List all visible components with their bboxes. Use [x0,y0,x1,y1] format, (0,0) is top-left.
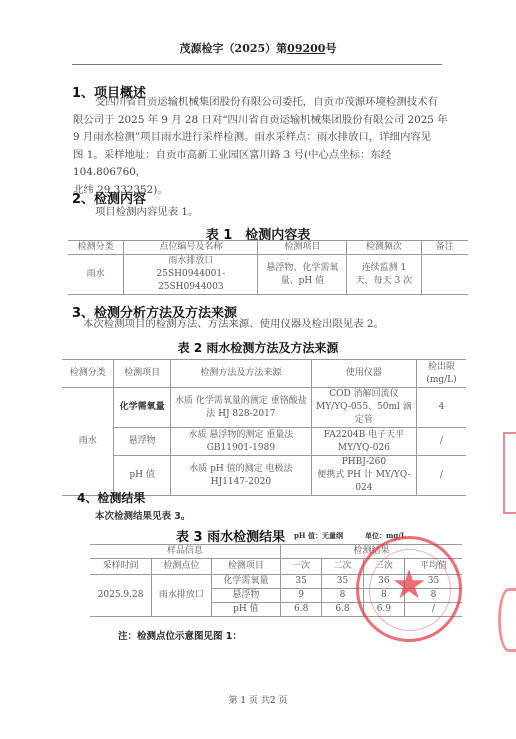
table-row: 雨水 化学需氧量 水质 化学需氧量的测定 重铬酸盐法 HJ 828-2017 C… [62,388,466,428]
item-cell: 化学需氧量 [211,575,280,589]
value-cell: 35 [280,575,321,589]
table-header: 二次 [322,559,363,575]
report-number-suffix: 号 [325,42,336,55]
method-line: 水质 化学需氧量的测定 重铬酸盐 [173,395,309,408]
table-header: 检测方法及方法来源 [170,360,311,388]
limit-header: 检出限 [419,361,464,374]
instrument-line: FA2204B 电子天平 [314,429,414,442]
frequency-cell: 连续监测 1 天，每天 3 次 [347,255,421,295]
point-cell: 雨水排放口 [152,575,212,617]
section-4-intro: 本次检测结果见表 3。 [95,508,190,526]
section-4-title: 4、检测结果 [77,489,145,506]
limit-cell: / [416,428,466,456]
item-cell: 化学需氧量 [114,388,170,428]
instrument-line: COD 消解回流仪 [314,388,414,401]
method-cell: 水质 pH 值的测定 电极法HJ1147-2020 [170,456,311,496]
table-header: 检测项目 [114,360,170,388]
value-cell: 9 [280,589,321,603]
table-header: 检测点位 [152,559,212,575]
table-header: 检测分类 [62,360,114,388]
section-3-intro: 本次检测项目的检测方法、方法来源、使用仪器及检出限见表 2。 [83,316,384,334]
header-divider [72,64,442,65]
table-header: 备注 [421,241,468,255]
instrument-cell: FA2204B 电子天平MY/YQ-026 [311,428,416,456]
table-header: 采样时间 [90,559,152,575]
items-line: 悬浮物、化学需氧 [260,262,344,275]
method-line: HJ1147-2020 [173,476,309,489]
limit-cell: / [416,456,466,496]
body-line: 限公司于 2025 年 9 月 28 日对“四川省自贡运输机械集团股份有限公司 … [73,112,453,130]
date-cell: 2025.9.28 [90,575,152,617]
limit-cell: 4 [416,388,466,428]
official-seal-stamp: ★ [356,536,462,642]
point-code: 25SH0944001-25SH0944003 [126,268,255,294]
body-line: 受四川省自贡运输机械集团股份有限公司委托，自贡市茂源环境检测技术有 [73,94,453,112]
category-cell: 雨水 [68,255,124,295]
result-note: 注：检测点位示意图见图 1： [118,628,242,642]
body-line: 9 月雨水检测”项目雨水进行采样检测。雨水采样点：雨水排放口，详细内容见 [73,129,453,147]
table-header: 一次 [280,559,321,575]
method-line: 水质 悬浮物的测定 重量法 [173,429,309,442]
table-2-methods: 检测分类 检测项目 检测方法及方法来源 使用仪器 检出限 (mg/L) 雨水 化… [62,359,466,496]
value-cell: 6.8 [280,603,321,617]
item-cell: 悬浮物 [114,428,170,456]
method-cell: 水质 化学需氧量的测定 重铬酸盐法 HJ 828-2017 [170,388,311,428]
table-header: 检测分类 [68,241,124,255]
table-row: 雨水 雨水排放口 25SH0944001-25SH0944003 悬浮物、化学需… [68,255,468,295]
items-line: 量、pH 值 [260,275,344,288]
frequency-line: 连续监测 1 [349,262,418,275]
section-2-intro: 项目检测内容见表 1。 [95,204,198,222]
method-line: 水质 pH 值的测定 电极法 [173,463,309,476]
table-row: 悬浮物 水质 悬浮物的测定 重量法GB11901-1989 FA2204B 电子… [62,428,466,456]
value-cell: 6.8 [322,603,363,617]
instrument-cell: COD 消解回流仪MY/YQ-055、50ml 滴定管 [311,388,416,428]
table-header: 检出限 (mg/L) [416,360,466,388]
section-1-body: 受四川省自贡运输机械集团股份有限公司委托，自贡市茂源环境检测技术有 限公司于 2… [73,94,453,199]
table-header: 检测项目 [211,559,280,575]
instrument-cell: PHBJ-260便携式 PH 计 MY/YQ-024 [311,456,416,496]
table-header: 使用仪器 [311,360,416,388]
items-cell: 悬浮物、化学需氧 量、pH 值 [258,255,347,295]
seam-stamp-edge [503,432,516,514]
table-2-caption: 表 2 雨水检测方法及方法来源 [0,339,516,356]
limit-unit: (mg/L) [419,374,464,387]
item-cell: 悬浮物 [211,589,280,603]
table-1-detection-content: 检测分类 点位编号及名称 检测项目 检测频次 备注 雨水 雨水排放口 25SH0… [68,240,468,295]
method-cell: 水质 悬浮物的测定 重量法GB11901-1989 [170,428,311,456]
frequency-line: 天，每天 3 次 [349,275,418,288]
report-number: 09200 [287,42,325,55]
table-3-caption: 表 3 雨水检测结果 [176,526,285,545]
report-number-header: 茂源检字（2025）第09200号 [0,40,516,56]
point-name: 雨水排放口 [126,255,255,268]
instrument-line: MY/YQ-026 [314,442,414,455]
body-line: 图 1。采样地址：自贡市高新工业园区富川路 3 号(中心点坐标：东经 104.8… [73,147,453,182]
instrument-line: 便携式 PH 计 MY/YQ-024 [314,469,414,495]
group-header: 样品信息 [90,545,280,559]
category-cell: 雨水 [62,388,114,496]
point-cell: 雨水排放口 25SH0944001-25SH0944003 [124,255,258,295]
table-header: 点位编号及名称 [124,241,258,255]
remark-cell [421,255,468,295]
instrument-line: MY/YQ-055、50ml 滴定管 [314,401,414,427]
table-header: 检测项目 [258,241,347,255]
ph-unit-note: pH 值：无量纲 [294,531,343,541]
table-header: 检测频次 [347,241,421,255]
seam-seal-edge [498,588,516,652]
seal-star-icon: ★ [359,565,459,605]
page-indicator: 第 1 页 共2 页 [0,693,516,706]
method-line: 法 HJ 828-2017 [173,408,309,421]
method-line: GB11901-1989 [173,442,309,455]
item-cell: pH 值 [211,603,280,617]
report-number-prefix: 茂源检字（2025）第 [180,42,288,55]
instrument-line: PHBJ-260 [314,456,414,469]
